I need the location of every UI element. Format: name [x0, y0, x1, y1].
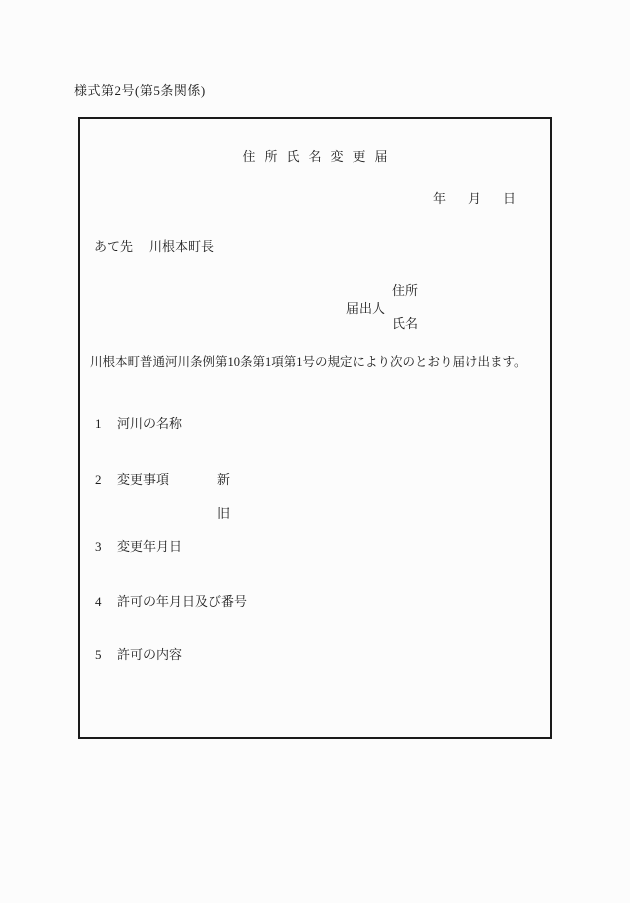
form-body-text: 川根本町普通河川条例第10条第1項第1号の規定により次のとおり届け出ます。 [90, 356, 527, 369]
numbered-item-permit-date-number: 4許可の年月日及び番号 [95, 595, 247, 608]
item-label: 許可の内容 [117, 647, 182, 662]
declarant-address-label: 住所 [392, 284, 418, 297]
addressee-line: あて先川根本町長 [94, 240, 214, 253]
date-day-label: 日 [503, 192, 516, 205]
change-old-label: 旧 [217, 507, 230, 520]
date-month-label: 月 [468, 192, 481, 205]
form-page: 様式第2号(第5条関係) 住所氏名変更届 年 月 日 あて先川根本町長 住所 届… [0, 0, 630, 903]
date-year-label: 年 [433, 192, 446, 205]
numbered-item-change-date: 3変更年月日 [95, 540, 182, 553]
item-number: 1 [95, 417, 117, 430]
item-number: 3 [95, 540, 117, 553]
declarant-label: 届出人 [346, 302, 385, 315]
addressee-name: 川根本町長 [149, 239, 214, 254]
addressee-prefix-label: あて先 [94, 239, 133, 254]
date-line: 年 月 日 [433, 192, 516, 205]
item-label: 変更事項 [117, 472, 169, 487]
numbered-item-permit-contents: 5許可の内容 [95, 648, 182, 661]
item-number: 4 [95, 595, 117, 608]
item-number: 2 [95, 473, 117, 486]
numbered-item-change-details: 2変更事項 [95, 473, 169, 486]
numbered-item-river-name: 1河川の名称 [95, 417, 182, 430]
form-title: 住所氏名変更届 [78, 150, 552, 163]
form-number-label: 様式第2号(第5条関係) [74, 84, 206, 97]
item-label: 河川の名称 [117, 416, 182, 431]
item-label: 変更年月日 [117, 539, 182, 554]
item-number: 5 [95, 648, 117, 661]
declarant-name-label: 氏名 [392, 317, 418, 330]
change-new-label: 新 [217, 473, 230, 486]
item-label: 許可の年月日及び番号 [117, 594, 247, 609]
